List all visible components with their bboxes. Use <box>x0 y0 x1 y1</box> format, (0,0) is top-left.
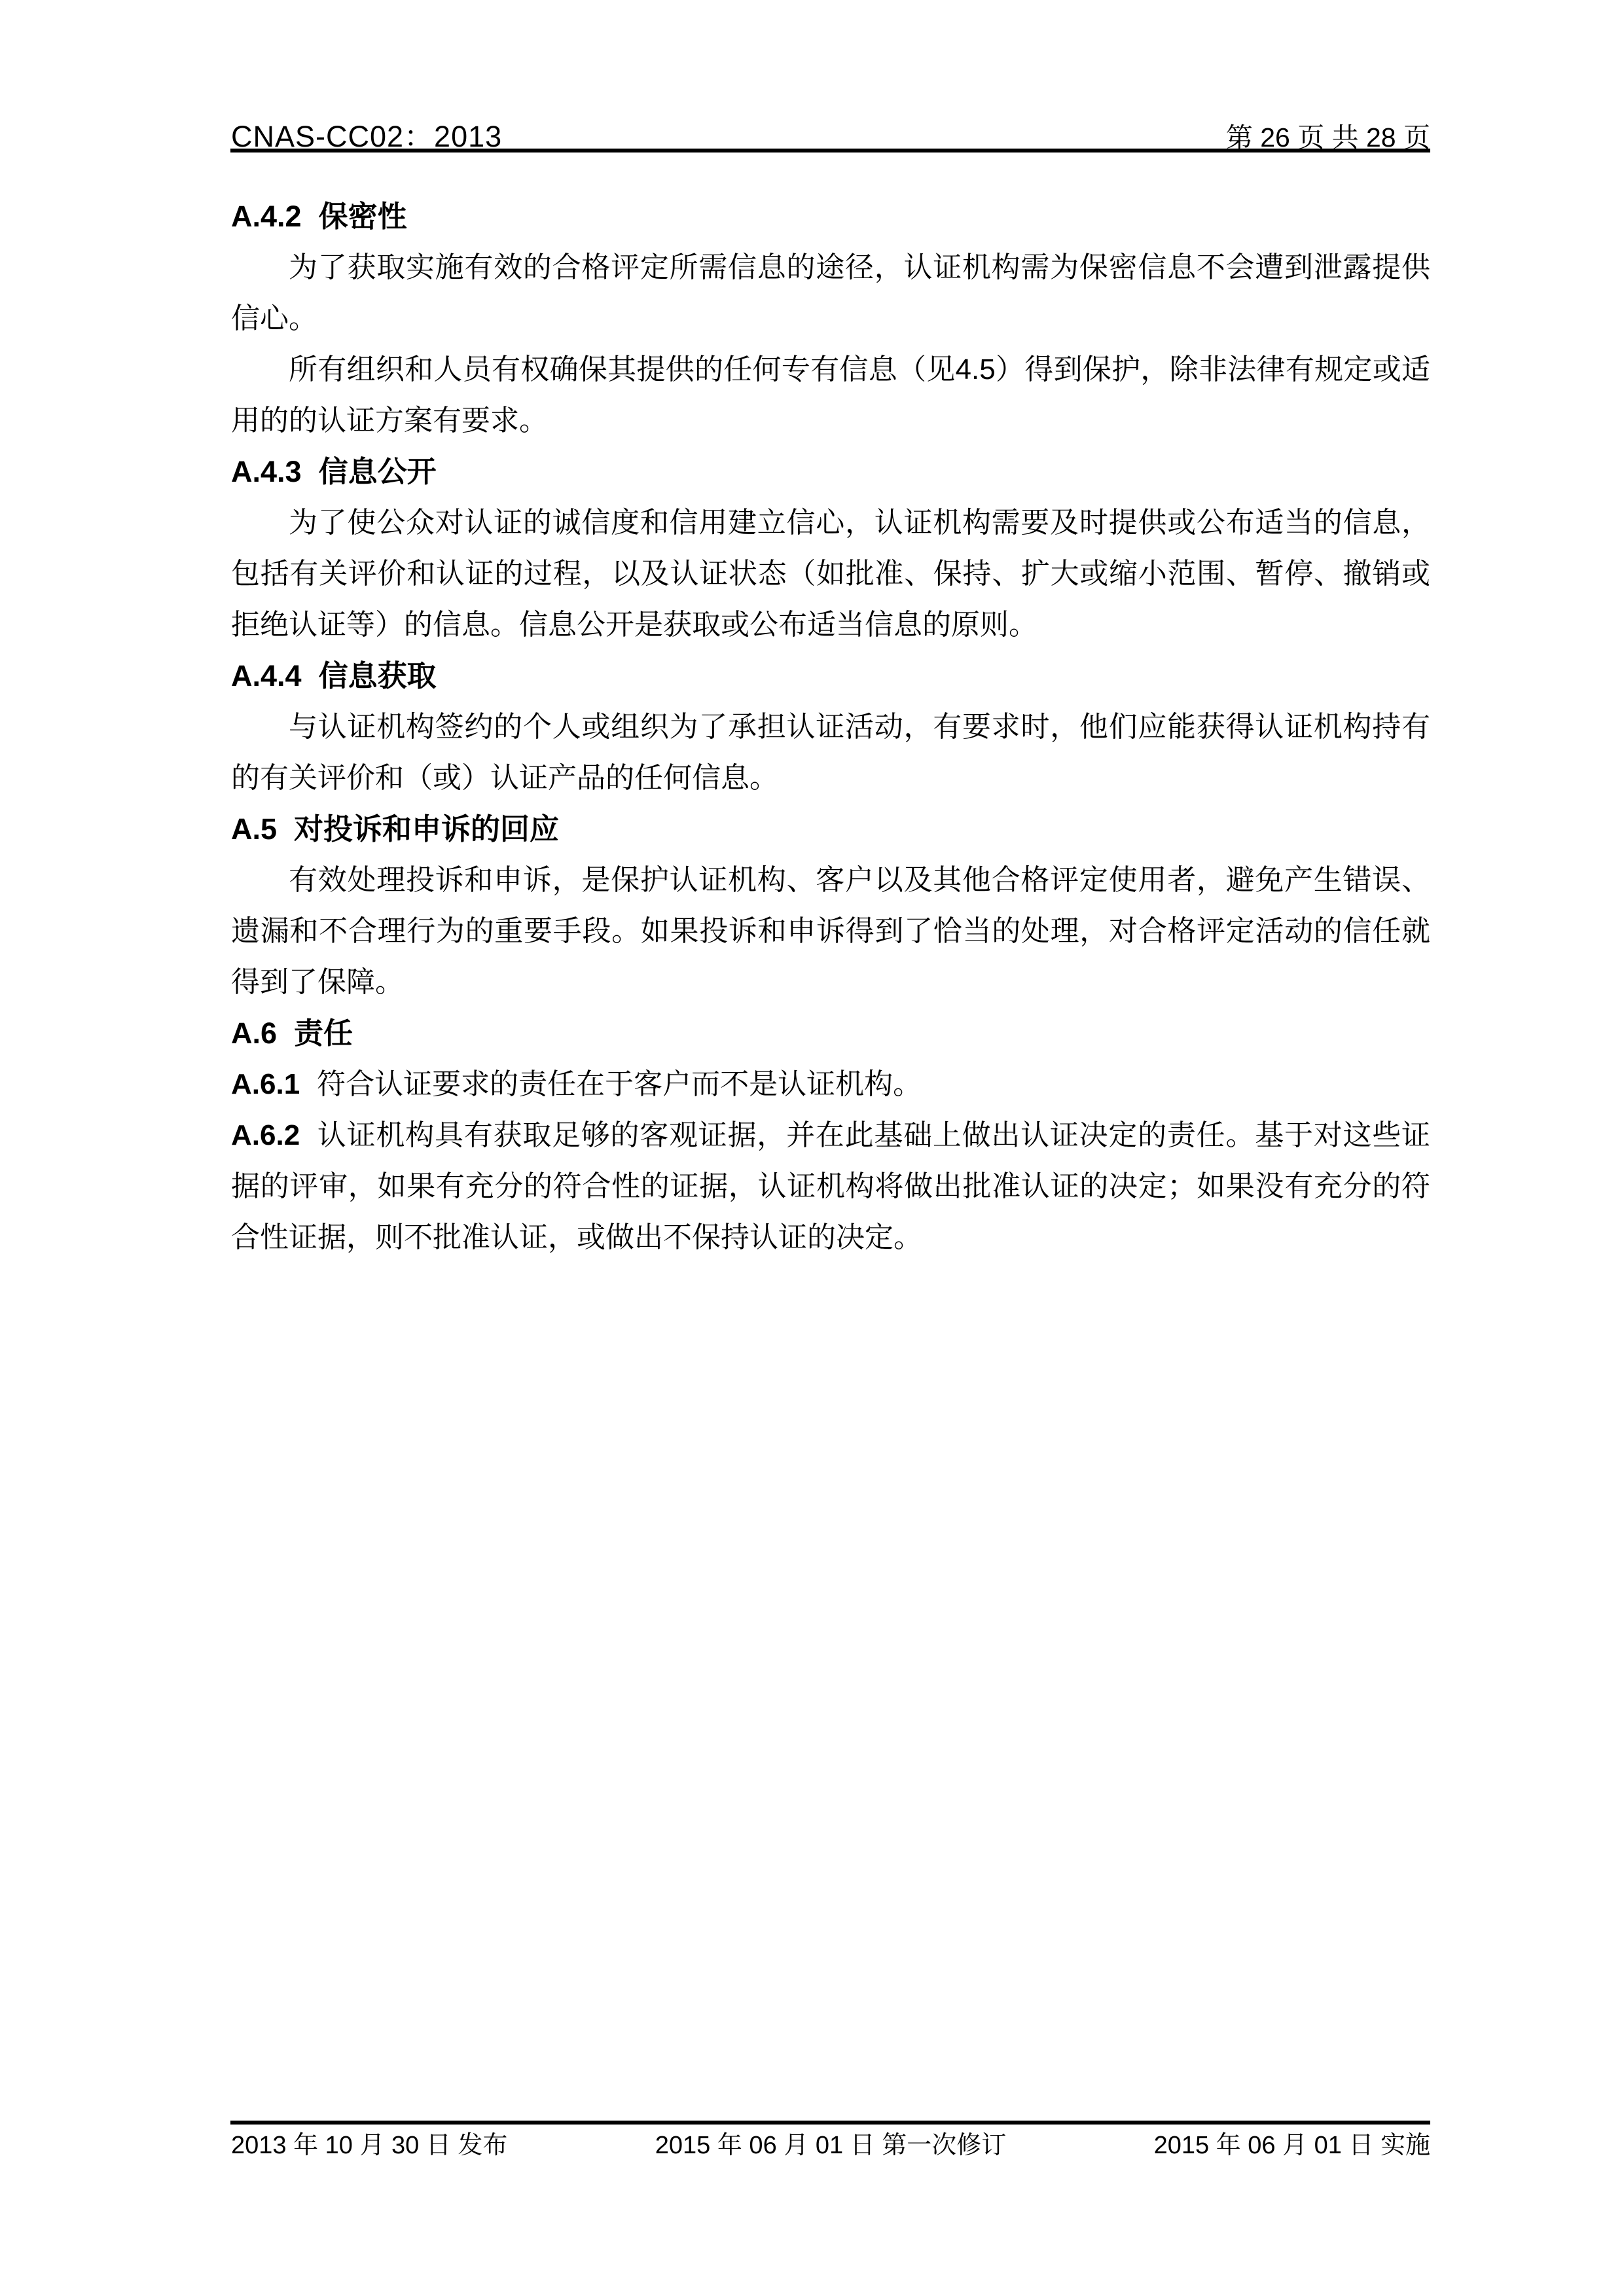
section-heading: A.4.3信息公开 <box>231 446 1430 497</box>
footer-divider <box>230 2121 1430 2125</box>
section-number: A.5 <box>231 812 277 846</box>
paragraph: 为了获取实施有效的合格评定所需信息的途径，认证机构需为保密信息不会遭到泄露提供信… <box>231 242 1430 344</box>
page-footer: 2013 年 10 月 30 日 发布 2015 年 06 月 01 日 第一次… <box>231 2128 1430 2162</box>
section-number: A.6 <box>231 1016 277 1050</box>
section-title: 责任 <box>294 1016 353 1050</box>
paragraph: 有效处理投诉和申诉，是保护认证机构、客户以及其他合格评定使用者，避免产生错误、遗… <box>231 855 1430 1008</box>
section-heading: A.5对投诉和申诉的回应 <box>231 804 1430 855</box>
clause-paragraph: A.6.2认证机构具有获取足够的客观证据，并在此基础上做出认证决定的责任。基于对… <box>231 1110 1430 1263</box>
clause-paragraph: A.6.1符合认证要求的责任在于客户而不是认证机构。 <box>231 1059 1430 1110</box>
document-body: A.4.2保密性为了获取实施有效的合格评定所需信息的途径，认证机构需为保密信息不… <box>231 191 1430 1263</box>
clause-text: 认证机构具有获取足够的客观证据，并在此基础上做出认证决定的责任。基于对这些证据的… <box>231 1119 1430 1253</box>
section-heading: A.6责任 <box>231 1008 1430 1059</box>
section-number: A.4.3 <box>231 455 302 488</box>
section-title: 信息获取 <box>319 659 437 692</box>
paragraph: 所有组织和人员有权确保其提供的任何专有信息（见4.5）得到保护，除非法律有规定或… <box>231 344 1430 446</box>
section-title: 保密性 <box>319 200 407 233</box>
section-number: A.4.2 <box>231 200 302 233</box>
header-divider <box>230 149 1430 152</box>
clause-text: 符合认证要求的责任在于客户而不是认证机构。 <box>317 1068 922 1100</box>
section-number: A.4.4 <box>231 659 302 692</box>
section-title: 信息公开 <box>319 455 437 488</box>
revision-date: 2015 年 06 月 01 日 第一次修订 <box>655 2128 1006 2162</box>
clause-number: A.6.1 <box>231 1068 300 1100</box>
section-heading: A.4.4信息获取 <box>231 651 1430 702</box>
document-page: CNAS-CC02：2013 第 26 页 共 28 页 A.4.2保密性为了获… <box>0 0 1624 2296</box>
publish-date: 2013 年 10 月 30 日 发布 <box>231 2128 507 2162</box>
section-heading: A.4.2保密性 <box>231 191 1430 242</box>
section-title: 对投诉和申诉的回应 <box>294 812 559 846</box>
clause-number: A.6.2 <box>231 1119 300 1151</box>
implementation-date: 2015 年 06 月 01 日 实施 <box>1154 2128 1430 2162</box>
paragraph: 为了使公众对认证的诚信度和信用建立信心，认证机构需要及时提供或公布适当的信息，包… <box>231 497 1430 651</box>
paragraph: 与认证机构签约的个人或组织为了承担认证活动，有要求时，他们应能获得认证机构持有的… <box>231 702 1430 804</box>
